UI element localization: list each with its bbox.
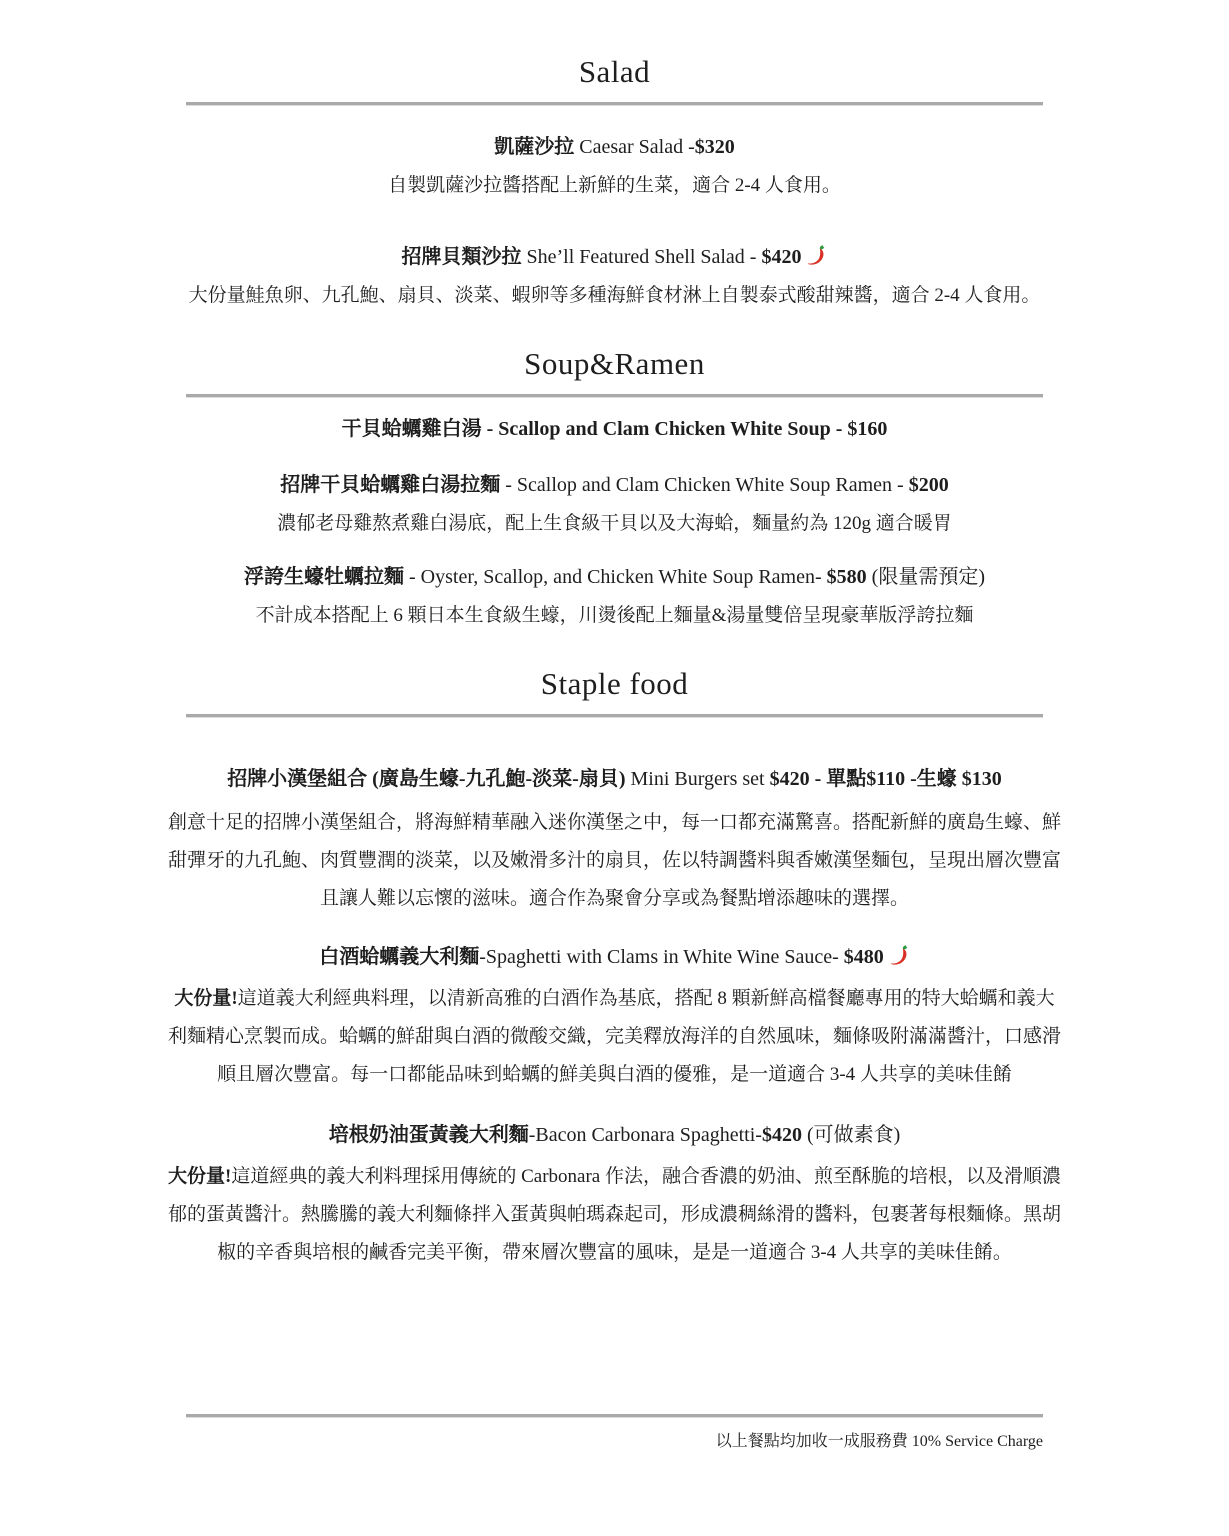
menu-page: Salad 凱薩沙拉 Caesar Salad -$320 自製凱薩沙拉醬搭配上… xyxy=(0,0,1229,1536)
item-title-caesar-salad: 凱薩沙拉 Caesar Salad -$320 xyxy=(168,132,1061,162)
item-name-zh: 招牌干貝蛤蠣雞白湯拉麵 xyxy=(280,474,500,496)
item-price: $420 - 單點$110 -生蠔 $130 xyxy=(770,768,1002,790)
section-divider xyxy=(186,102,1043,106)
item-name-zh: 浮誇生蠔牡蠣拉麵 xyxy=(244,566,404,588)
item-price: $480 xyxy=(844,946,884,968)
item-name-zh: 干貝蛤蠣雞白湯 xyxy=(342,418,482,440)
item-title-mini-burgers: 招牌小漢堡組合 (廣島生蠔-九孔鮑-淡菜-扇貝) Mini Burgers se… xyxy=(168,764,1061,794)
item-price: $320 xyxy=(695,136,735,158)
item-note: (限量需預定) xyxy=(867,566,985,588)
item-title-clam-spaghetti: 白酒蛤蠣義大利麵-Spaghetti with Clams in White W… xyxy=(168,942,1061,972)
item-desc-clam-spaghetti: 大份量!這道義大利經典料理，以清新高雅的白酒作為基底，搭配 8 顆新鮮高檔餐廳專… xyxy=(168,980,1061,1094)
item-name-zh: 白酒蛤蠣義大利麵 xyxy=(319,946,479,968)
item-name-zh: 培根奶油蛋黃義大利麵 xyxy=(329,1124,529,1146)
item-desc-carbonara: 大份量!這道經典的義大利料理採用傳統的 Carbonara 作法，融合香濃的奶油… xyxy=(168,1158,1061,1272)
item-price: $160 xyxy=(847,418,887,440)
item-price: $200 xyxy=(909,474,949,496)
chili-pepper-icon xyxy=(889,943,910,968)
item-desc-lead: 大份量! xyxy=(168,1166,231,1187)
section-divider xyxy=(186,394,1043,398)
item-name-en: - Scallop and Clam Chicken White Soup - xyxy=(482,418,848,440)
item-name-zh: 凱薩沙拉 xyxy=(494,136,574,158)
item-name-en: - Scallop and Clam Chicken White Soup Ra… xyxy=(500,474,908,496)
chili-pepper-icon xyxy=(806,243,827,268)
item-desc-mini-burgers: 創意十足的招牌小漢堡組合，將海鮮精華融入迷你漢堡之中，每一口都充滿驚喜。搭配新鮮… xyxy=(168,804,1061,918)
item-title-white-soup: 干貝蛤蠣雞白湯 - Scallop and Clam Chicken White… xyxy=(168,414,1061,444)
item-desc-oyster-ramen: 不計成本搭配上 6 顆日本生食級生蠔，川燙後配上麵量&湯量雙倍呈現豪華版浮誇拉麵 xyxy=(168,600,1061,632)
item-title-carbonara: 培根奶油蛋黃義大利麵-Bacon Carbonara Spaghetti-$42… xyxy=(168,1120,1061,1150)
item-title-white-soup-ramen: 招牌干貝蛤蠣雞白湯拉麵 - Scallop and Clam Chicken W… xyxy=(168,470,1061,500)
item-name-en: - Oyster, Scallop, and Chicken White Sou… xyxy=(404,566,827,588)
section-title-soup-ramen: Soup&Ramen xyxy=(168,344,1061,384)
item-name-en: She’ll Featured Shell Salad - xyxy=(522,246,762,268)
section-title-staple-food: Staple food xyxy=(168,664,1061,704)
item-desc-featured-shell-salad: 大份量鮭魚卵、九孔鮑、扇貝、淡菜、蝦卵等多種海鮮食材淋上自製泰式酸甜辣醬，適合 … xyxy=(168,280,1061,312)
item-name-en: -Spaghetti with Clams in White Wine Sauc… xyxy=(479,946,844,968)
item-name-zh: 招牌貝類沙拉 xyxy=(402,246,522,268)
item-price: $420 xyxy=(762,1124,802,1146)
item-name-en: Caesar Salad - xyxy=(574,136,695,158)
page-footer: 以上餐點均加收一成服務費 10% Service Charge xyxy=(186,1414,1043,1454)
item-desc-caesar-salad: 自製凱薩沙拉醬搭配上新鮮的生菜，適合 2-4 人食用。 xyxy=(168,170,1061,202)
item-name-en: -Bacon Carbonara Spaghetti- xyxy=(529,1124,762,1146)
section-title-salad: Salad xyxy=(168,52,1061,92)
menu-content: Salad 凱薩沙拉 Caesar Salad -$320 自製凱薩沙拉醬搭配上… xyxy=(0,0,1229,1272)
item-name-en: Mini Burgers set xyxy=(626,768,770,790)
section-divider xyxy=(186,714,1043,718)
item-name-zh: 招牌小漢堡組合 (廣島生蠔-九孔鮑-淡菜-扇貝) xyxy=(227,768,625,790)
item-price: $420 xyxy=(761,246,801,268)
service-charge-note: 以上餐點均加收一成服務費 10% Service Charge xyxy=(186,1430,1043,1454)
item-note: (可做素食) xyxy=(802,1124,900,1146)
item-desc-lead: 大份量! xyxy=(174,988,237,1009)
item-desc-text: 這道義大利經典料理，以清新高雅的白酒作為基底，搭配 8 顆新鮮高檔餐廳專用的特大… xyxy=(168,988,1061,1085)
item-price: $580 xyxy=(827,566,867,588)
item-title-featured-shell-salad: 招牌貝類沙拉 She’ll Featured Shell Salad - $42… xyxy=(168,242,1061,272)
item-desc-text: 這道經典的義大利料理採用傳統的 Carbonara 作法，融合香濃的奶油、煎至酥… xyxy=(168,1166,1061,1263)
footer-divider xyxy=(186,1414,1043,1418)
item-desc-white-soup-ramen: 濃郁老母雞熬煮雞白湯底，配上生食級干貝以及大海蛤，麵量約為 120g 適合暖胃 xyxy=(168,508,1061,540)
item-title-oyster-ramen: 浮誇生蠔牡蠣拉麵 - Oyster, Scallop, and Chicken … xyxy=(168,562,1061,592)
